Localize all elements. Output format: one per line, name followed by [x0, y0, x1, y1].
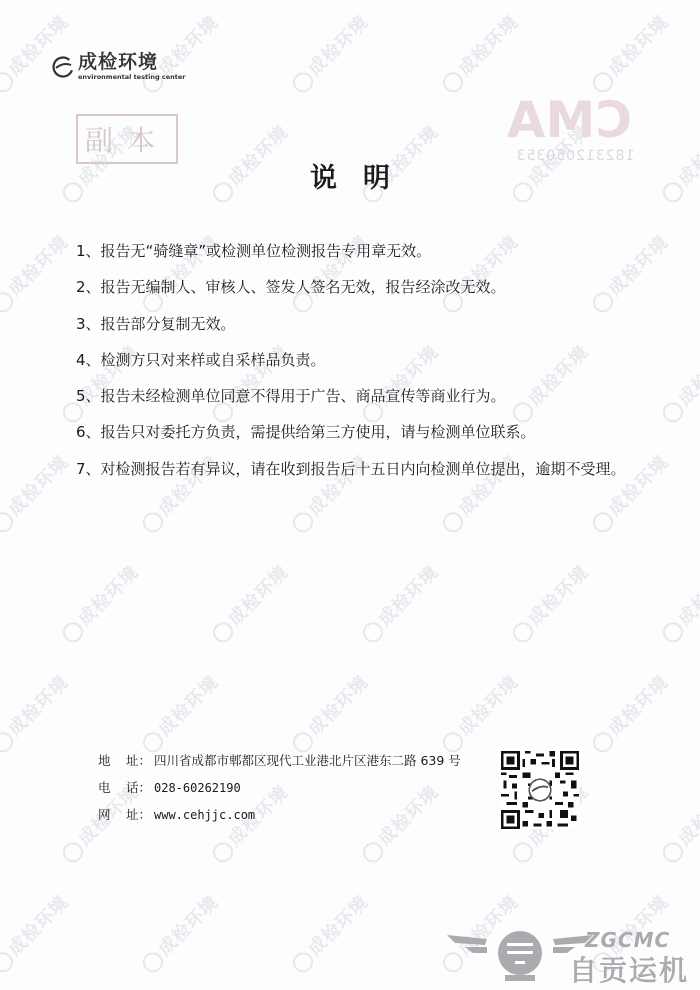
- note-item-6: 6、报告只对委托方负责，需提供给第三方使用，请与检测单位联系。: [76, 421, 656, 457]
- company-logo: 成检环境 environmental testing center: [52, 52, 185, 81]
- brand-chinese: 自贡运机: [569, 949, 689, 989]
- address-label: 地址：: [98, 751, 154, 778]
- watermark-tile: 成检环境: [655, 779, 700, 867]
- logo-e-icon: [52, 56, 74, 78]
- note-item-1: 1、报告无“骑缝章”或检测单位检测报告专用章无效。: [76, 240, 656, 276]
- watermark-tile: 成检环境: [205, 559, 293, 647]
- watermark-tile: 成检环境: [0, 229, 74, 317]
- note-item-4: 4、检测方只对来样或自采样品负责。: [76, 349, 656, 385]
- watermark-tile: 成检环境: [505, 559, 593, 647]
- watermark-tile: 成检环境: [285, 9, 373, 97]
- watermark-tile: 成检环境: [435, 669, 523, 757]
- watermark-tile: 成检环境: [135, 889, 223, 977]
- watermark-tile: 成检环境: [0, 449, 74, 537]
- watermark-tile: 成检环境: [585, 9, 673, 97]
- address-row: 地址： 四川省成都市郫都区现代工业港北片区港东二路 639 号: [98, 751, 461, 778]
- website-value[interactable]: www.cehjjc.com: [154, 805, 255, 832]
- note-item-3: 3、报告部分复制无效。: [76, 313, 656, 349]
- page-title: 说明: [0, 156, 700, 195]
- zgcmc-brand-logo: ZGCMC 自贡运机: [445, 925, 695, 985]
- phone-value: 028-60262190: [154, 778, 241, 805]
- watermark-tile: 成检环境: [355, 559, 443, 647]
- cma-mark: CMA: [512, 92, 632, 148]
- phone-label: 电话：: [98, 778, 154, 805]
- website-label: 网址：: [98, 805, 154, 832]
- watermark-tile: 成检环境: [285, 669, 373, 757]
- watermark-tile: 成检环境: [655, 559, 700, 647]
- watermark-tile: 成检环境: [435, 9, 523, 97]
- website-row: 网址： www.cehjjc.com: [98, 805, 461, 832]
- address-value: 四川省成都市郫都区现代工业港北片区港东二路 639 号: [154, 751, 461, 778]
- watermark-tile: 成检环境: [55, 559, 143, 647]
- logo-chinese-name: 成检环境: [78, 52, 185, 72]
- note-item-7: 7、对检测报告若有异议，请在收到报告后十五日内向检测单位提出，逾期不受理。: [76, 458, 656, 494]
- watermark-tile: 成检环境: [655, 339, 700, 427]
- watermark-tile: 成检环境: [0, 889, 74, 977]
- phone-row: 电话： 028-60262190: [98, 778, 461, 805]
- watermark-tile: 成检环境: [0, 669, 74, 757]
- watermark-tile: 成检环境: [135, 669, 223, 757]
- watermark-tile: 成检环境: [585, 669, 673, 757]
- logo-english-name: environmental testing center: [78, 73, 185, 81]
- note-item-5: 5、报告未经检测单位同意不得用于广告、商品宣传等商业行为。: [76, 385, 656, 421]
- watermark-tile: 成检环境: [285, 889, 373, 977]
- note-item-2: 2、报告无编制人、审核人、签发人签名无效，报告经涂改无效。: [76, 276, 656, 312]
- contact-info: 地址： 四川省成都市郫都区现代工业港北片区港东二路 639 号 电话： 028-…: [98, 751, 461, 832]
- qr-code[interactable]: [501, 751, 579, 829]
- notes-list: 1、报告无“骑缝章”或检测单位检测报告专用章无效。 2、报告无编制人、审核人、签…: [76, 240, 656, 494]
